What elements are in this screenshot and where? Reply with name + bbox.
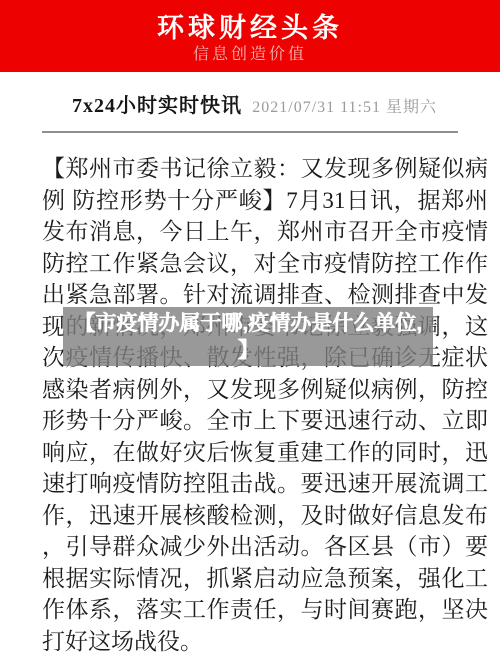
masthead: 环球财经头条 信息创造价值 bbox=[0, 0, 500, 72]
article-line: 发布消息，今日上午，郑州市召开全市疫情 bbox=[42, 216, 488, 248]
meta-row: 7x24小时实时快讯 2021/07/31 11:51 星期六 bbox=[72, 89, 437, 118]
horizontal-divider bbox=[42, 131, 458, 133]
site-slogan: 信息创造价值 bbox=[0, 46, 500, 64]
article-line: 例 防控形势十分严峻】7月31日讯，据郑州 bbox=[42, 185, 488, 217]
news-article-page: 环球财经头条 信息创造价值 7x24小时实时快讯 2021/07/31 11:5… bbox=[0, 0, 500, 671]
publish-datetime: 2021/07/31 11:51 星期六 bbox=[252, 94, 437, 117]
article-line: 防控工作紧急会议，对全市疫情防控工作作 bbox=[42, 248, 488, 280]
site-title: 环球财经头条 bbox=[0, 13, 500, 43]
watermark-overlay-banner: 【市疫情办属于哪,疫情办是什么单位, 】 bbox=[63, 307, 433, 366]
article-line: 形势十分严峻。全市上下要迅速行动、立即 bbox=[42, 405, 488, 437]
article-line: 作，迅速开展核酸检测，及时做好信息发布 bbox=[42, 500, 488, 532]
article-line: 感染者病例外，又发现多例疑似病例，防控 bbox=[42, 374, 488, 406]
article-line: 打好这场战役。 bbox=[42, 626, 488, 658]
article-line: 作体系，落实工作责任，与时间赛跑，坚决 bbox=[42, 594, 488, 626]
overlay-title-line2: 】 bbox=[238, 337, 259, 364]
article-line: 出紧急部署。针对流调排查、检测排查中发 bbox=[42, 279, 488, 311]
article-line: 根据实际情况，抓紧启动应急预案，强化工 bbox=[42, 563, 488, 595]
article-body: 【郑州市委书记徐立毅：又发现多例疑似病例 防控形势十分严峻】7月31日讯，据郑州… bbox=[42, 153, 488, 657]
article-line: 速打响疫情防控阻击战。要迅速开展流调工 bbox=[42, 468, 488, 500]
article-line: ，引导群众减少外出活动。各区县（市）要 bbox=[42, 531, 488, 563]
overlay-title-line1: 【市疫情办属于哪,疫情办是什么单位, bbox=[74, 310, 422, 337]
news-section-label: 7x24小时实时快讯 bbox=[72, 89, 242, 118]
article-line: 响应，在做好灾后恢复重建工作的同时，迅 bbox=[42, 437, 488, 469]
article-line: 【郑州市委书记徐立毅：又发现多例疑似病 bbox=[42, 153, 488, 185]
